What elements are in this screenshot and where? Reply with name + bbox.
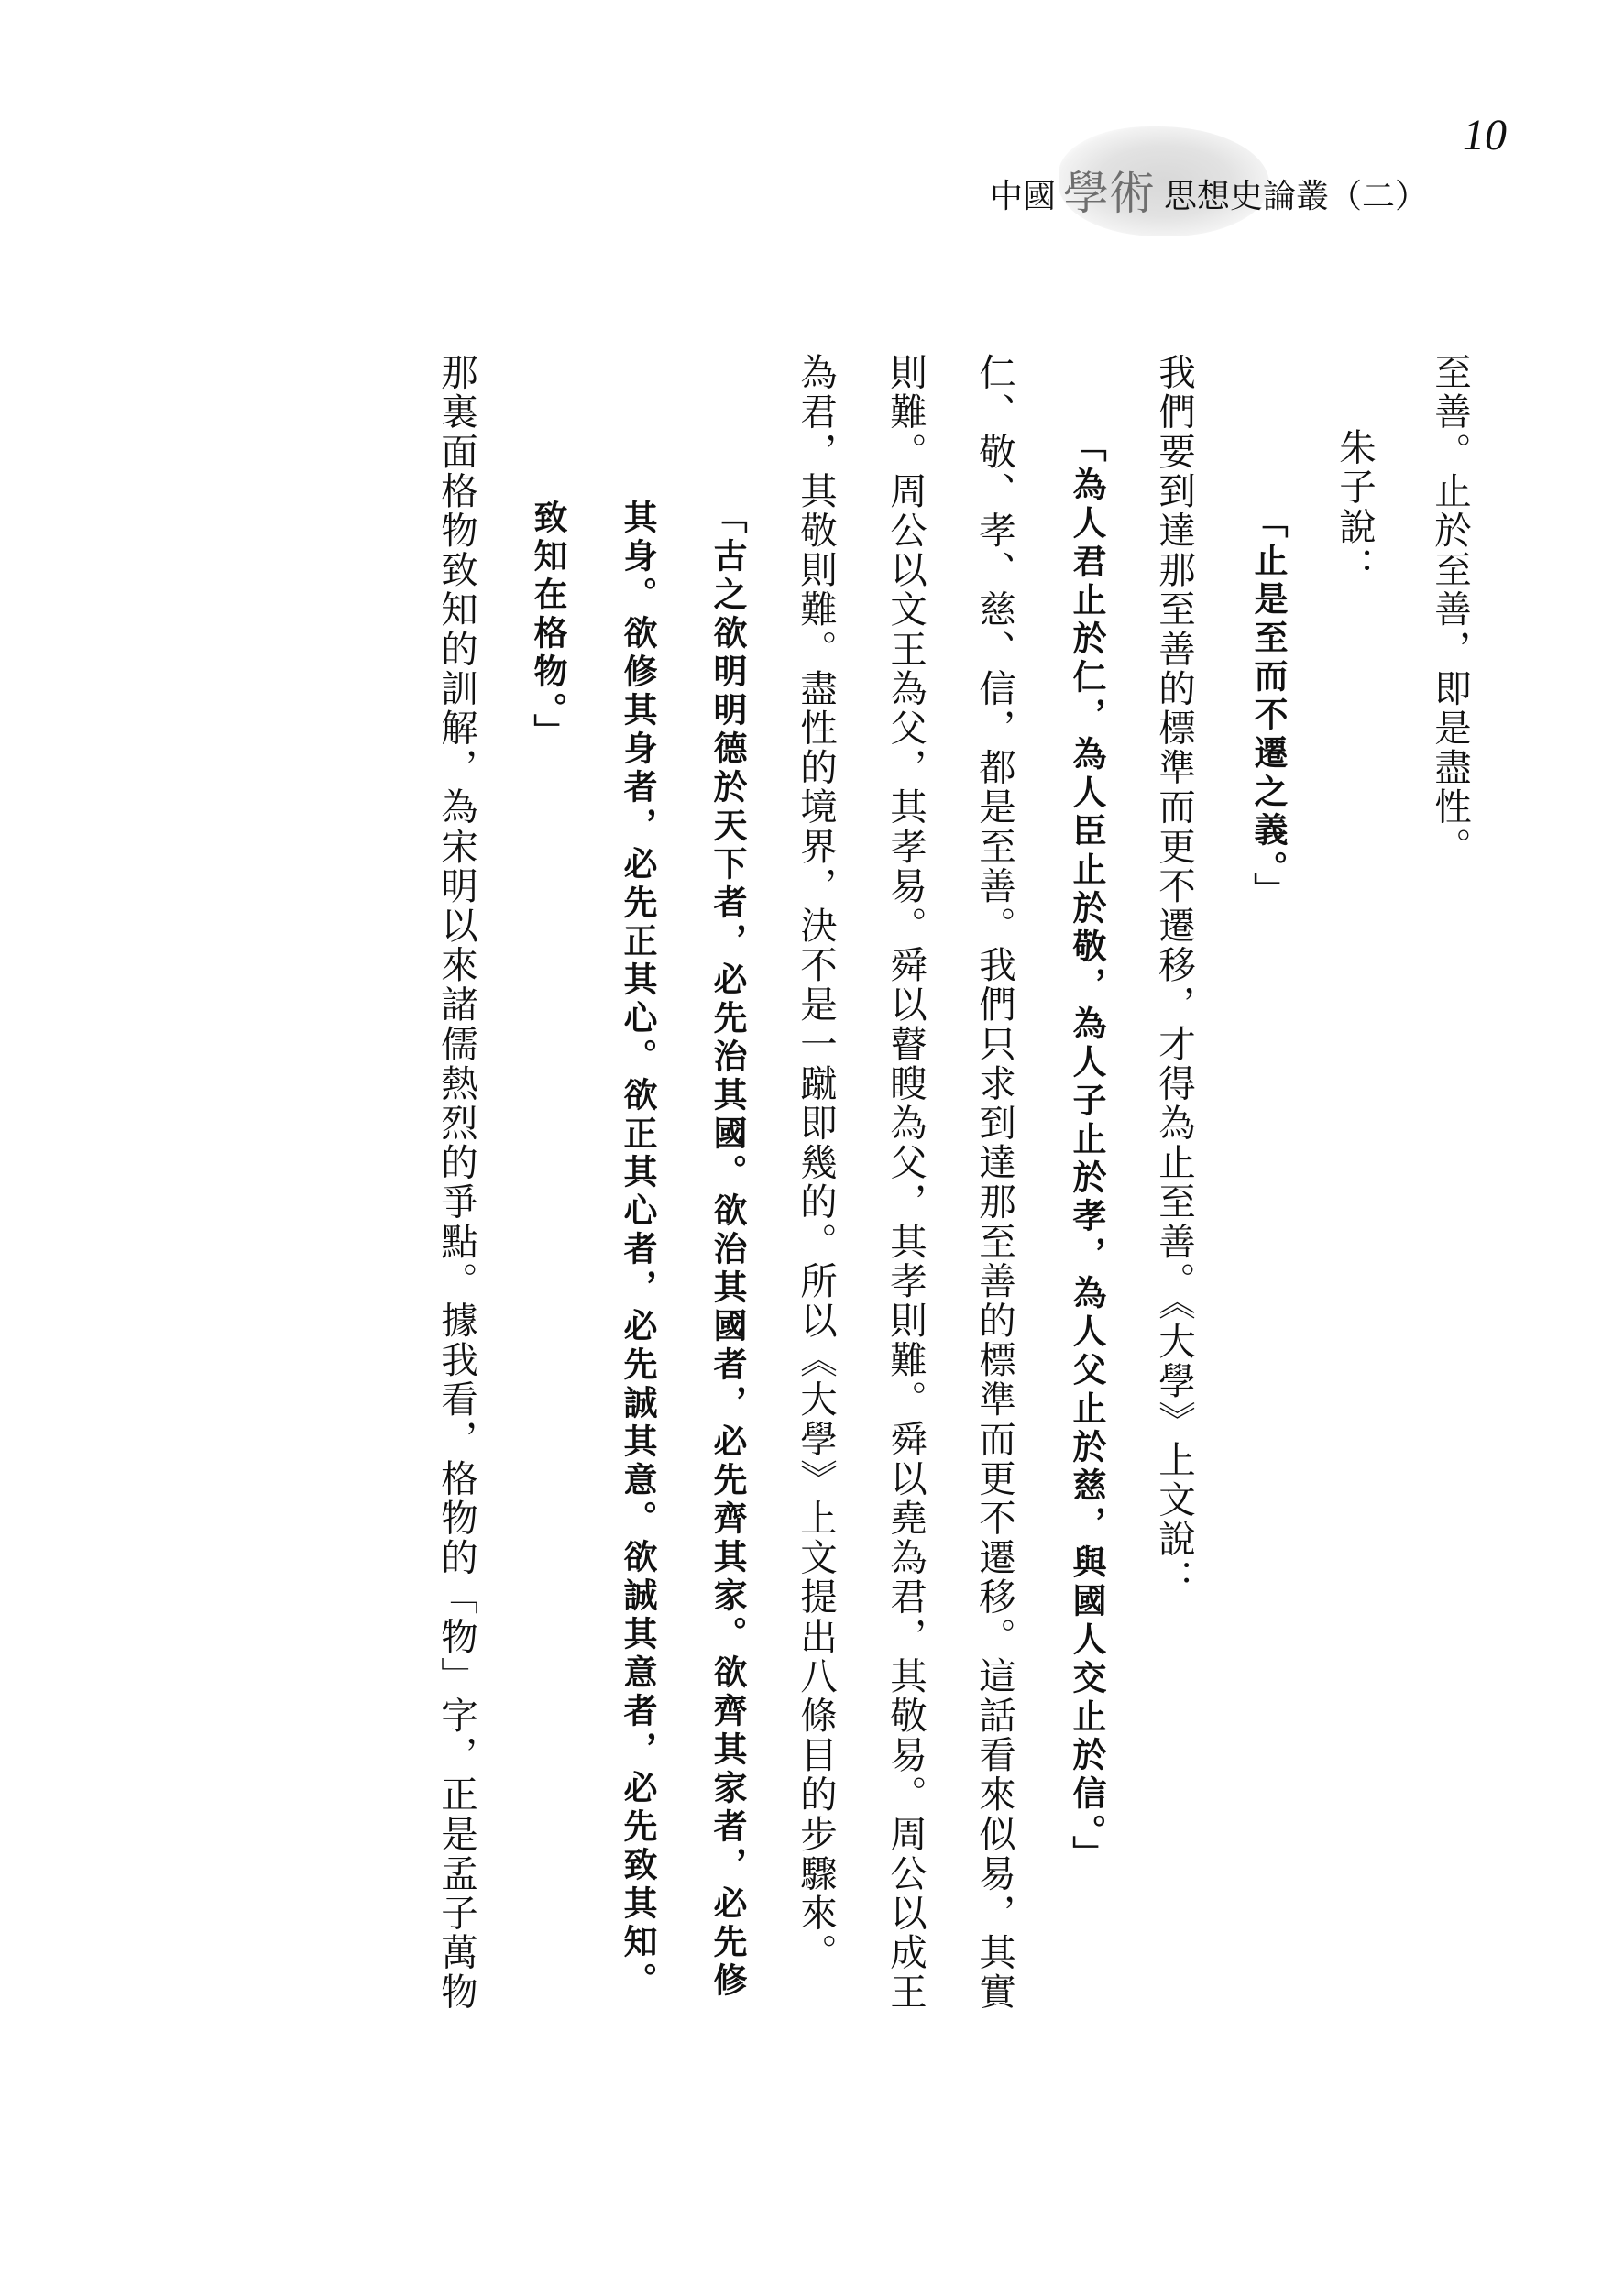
text-column: 為君，其敬則難。盡性的境界，決不是一蹴即幾的。所以《大學》上文提出八條目的步驟來…: [797, 353, 835, 1972]
series-title: 中國 學術 思想史論叢（二）: [990, 151, 1428, 217]
quote-column: 致知在格物。」: [531, 500, 565, 752]
series-title-emblem: 學術: [1063, 157, 1155, 223]
quote-column: 「止是至而不遷之義。」: [1251, 504, 1285, 911]
series-title-part2: 思想史論叢（二）: [1164, 170, 1428, 217]
text-column: 朱子說：: [1336, 428, 1374, 586]
text-column: 那裏面格物致知的訓解，為宋明以來諸儒熱烈的爭點。據我看，格物的「物」字，正是孟子…: [438, 353, 476, 2012]
series-title-part1: 中國: [990, 170, 1056, 217]
book-page: 中國 學術 思想史論叢（二） 10 至善。止於至善，即是盡性。 朱子說： 「止是…: [0, 0, 1624, 2273]
quote-column: 其身。欲修其身者，必先正其心。欲正其心者，必先誠其意。欲誠其意者，必先致其知。: [620, 500, 654, 2001]
text-column: 仁、敬、孝、慈、信，都是至善。我們只求到達那至善的標準而更不遷移。這話看來似易，…: [976, 353, 1014, 2012]
quote-column: 「古之欲明明德於天下者，必先治其國。欲治其國者，必先齊其家。欲齊其家者，必先修: [710, 500, 744, 2001]
text-column: 我們要到達那至善的標準而更不遷移，才得為止至善。《大學》上文說：: [1156, 353, 1193, 1598]
running-header: 中國 學術 思想史論叢（二） 10: [971, 110, 1540, 238]
quote-column: 「為人君止於仁，為人臣止於敬，為人子止於孝，為人父止於慈，與國人交止於信。」: [1070, 428, 1103, 1874]
text-column: 至善。止於至善，即是盡性。: [1432, 353, 1469, 866]
page-number: 10: [1463, 110, 1507, 160]
vertical-text-body: 至善。止於至善，即是盡性。 朱子說： 「止是至而不遷之義。」 我們要到達那至善的…: [183, 353, 1468, 2094]
text-column: 則難。周公以文王為父，其孝易。舜以瞽瞍為父，其孝則難。舜以堯為君，其敬易。周公以…: [887, 353, 925, 2012]
